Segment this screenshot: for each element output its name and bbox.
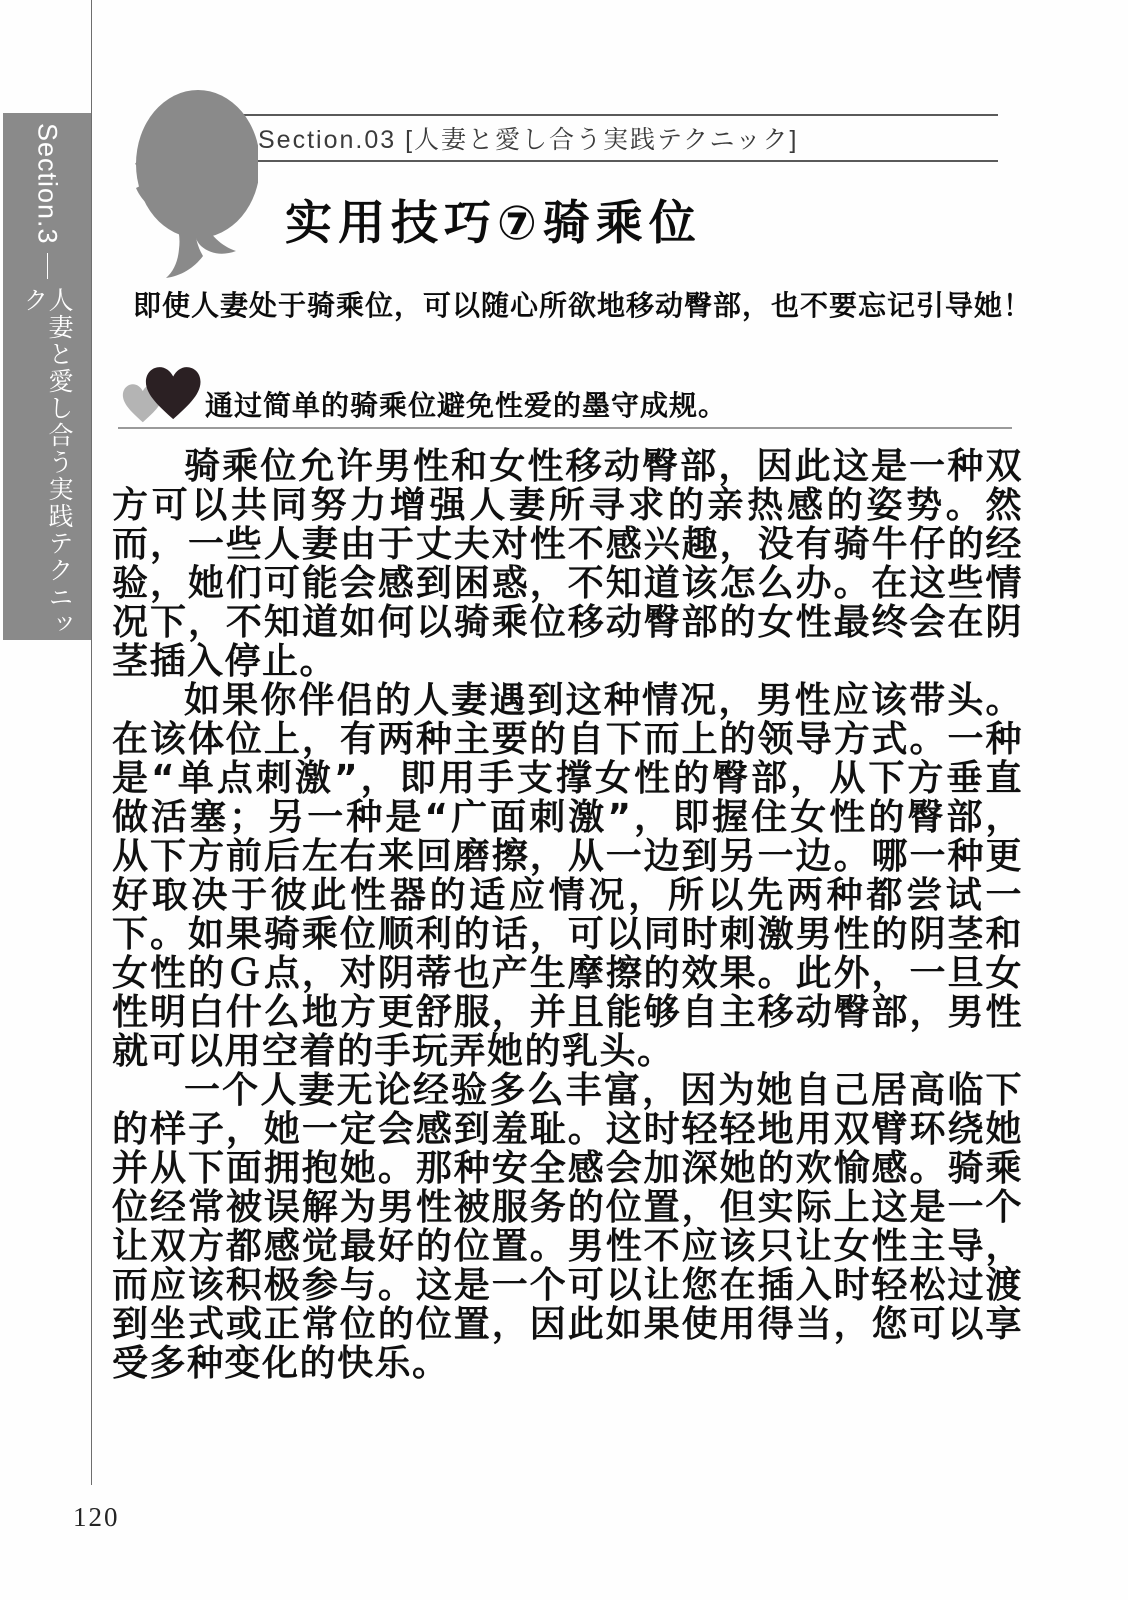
left-vertical-rule bbox=[91, 0, 92, 1485]
double-hearts-icon bbox=[120, 364, 210, 438]
section-sidebar: Section.3 人妻と愛し合う実践テクニック bbox=[3, 113, 91, 640]
section-header-band: Section.03 [人妻と愛し合う実践テクニック] bbox=[158, 114, 998, 162]
woman-profile-silhouette-icon bbox=[108, 84, 258, 279]
sidebar-divider bbox=[47, 253, 48, 279]
body-text: 骑乘位允许男性和女性移动臀部，因此这是一种双方可以共同努力增强人妻所寻求的亲热感… bbox=[112, 447, 1023, 1383]
lead-heading: 通过简单的骑乘位避免性爱的墨守成规。 bbox=[205, 384, 727, 424]
page-subtitle: 即使人妻处于骑乘位，可以随心所欲地移动臀部，也不要忘记引导她！ bbox=[133, 284, 1023, 324]
page-title: 实用技巧⑦骑乘位 bbox=[285, 186, 702, 253]
section-header-text: Section.03 [人妻と愛し合う実践テクニック] bbox=[258, 120, 798, 156]
page-number: 120 bbox=[73, 1502, 120, 1533]
sidebar-section-label: Section.3 bbox=[34, 123, 61, 245]
sidebar-section-title: 人妻と愛し合う実践テクニック bbox=[22, 287, 72, 640]
body-paragraph-3: 一个人妻无论经验多么丰富，因为她自己居高临下的样子，她一定会感到羞耻。这时轻轻地… bbox=[112, 1071, 1023, 1383]
body-paragraph-2: 如果你伴侣的人妻遇到这种情况，男性应该带头。在该体位上，有两种主要的自下而上的领… bbox=[112, 681, 1023, 1071]
body-paragraph-1: 骑乘位允许男性和女性移动臀部，因此这是一种双方可以共同努力增强人妻所寻求的亲热感… bbox=[112, 447, 1023, 681]
lead-underline bbox=[118, 427, 1012, 429]
book-page: Section.3 人妻と愛し合う実践テクニック Section.03 [人妻と… bbox=[0, 0, 1128, 1600]
